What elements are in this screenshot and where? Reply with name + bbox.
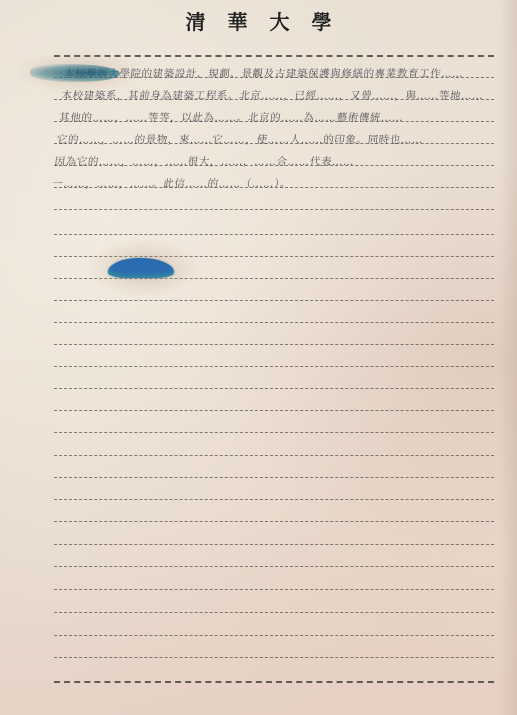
ruled-line [54,322,494,323]
handwritten-line: 本校建築系，其前身為建築工程系。北京……，已經……，又曾……，與……等地…… [60,85,502,107]
handwritten-line: 因為它的……，……，……很大，……，……合……代表…… [53,151,495,173]
handwritten-line: 其他的……，……等等，以此為……。北京的……為……藝術傳統…… [58,107,500,129]
ruled-line [54,388,494,389]
ruled-line [54,432,494,433]
handwritten-text: 本校舉辦大學院的建築設計、規劃、景觀及古建築保護與修繕的專業教育工作…… 本校建… [51,63,505,195]
ruled-line [54,612,494,613]
letter-page: 清華大學 本校舉辦大學院的建築設計、規劃、景觀及古建築保護與修繕的專業教育工作…… [0,0,517,715]
ruled-line [54,544,494,545]
ruled-line [54,209,494,210]
ruled-line [54,366,494,367]
ruled-line [54,566,494,567]
ruled-line [54,521,494,522]
footer-rule [54,681,494,683]
ruled-line [54,455,494,456]
letterhead-title: 清華大學 [0,6,517,35]
ruled-line [54,499,494,500]
ruled-line [54,589,494,590]
ink-blot [30,64,120,82]
page-edge-shadow [499,0,517,715]
ruled-line [54,410,494,411]
handwritten-line: 一……，……，……。此信……的……（……）。 [51,173,493,195]
handwritten-line: 它的……，……的景物，來……它……，使……人……的印象。同時也…… [56,129,498,151]
handwritten-line: 本校舉辦大學院的建築設計、規劃、景觀及古建築保護與修繕的專業教育工作…… [63,63,505,85]
ruled-line [54,234,494,235]
ruled-line [54,477,494,478]
ruled-line [54,344,494,345]
ruled-line [54,300,494,301]
ruled-line [54,635,494,636]
ruled-line [54,657,494,658]
